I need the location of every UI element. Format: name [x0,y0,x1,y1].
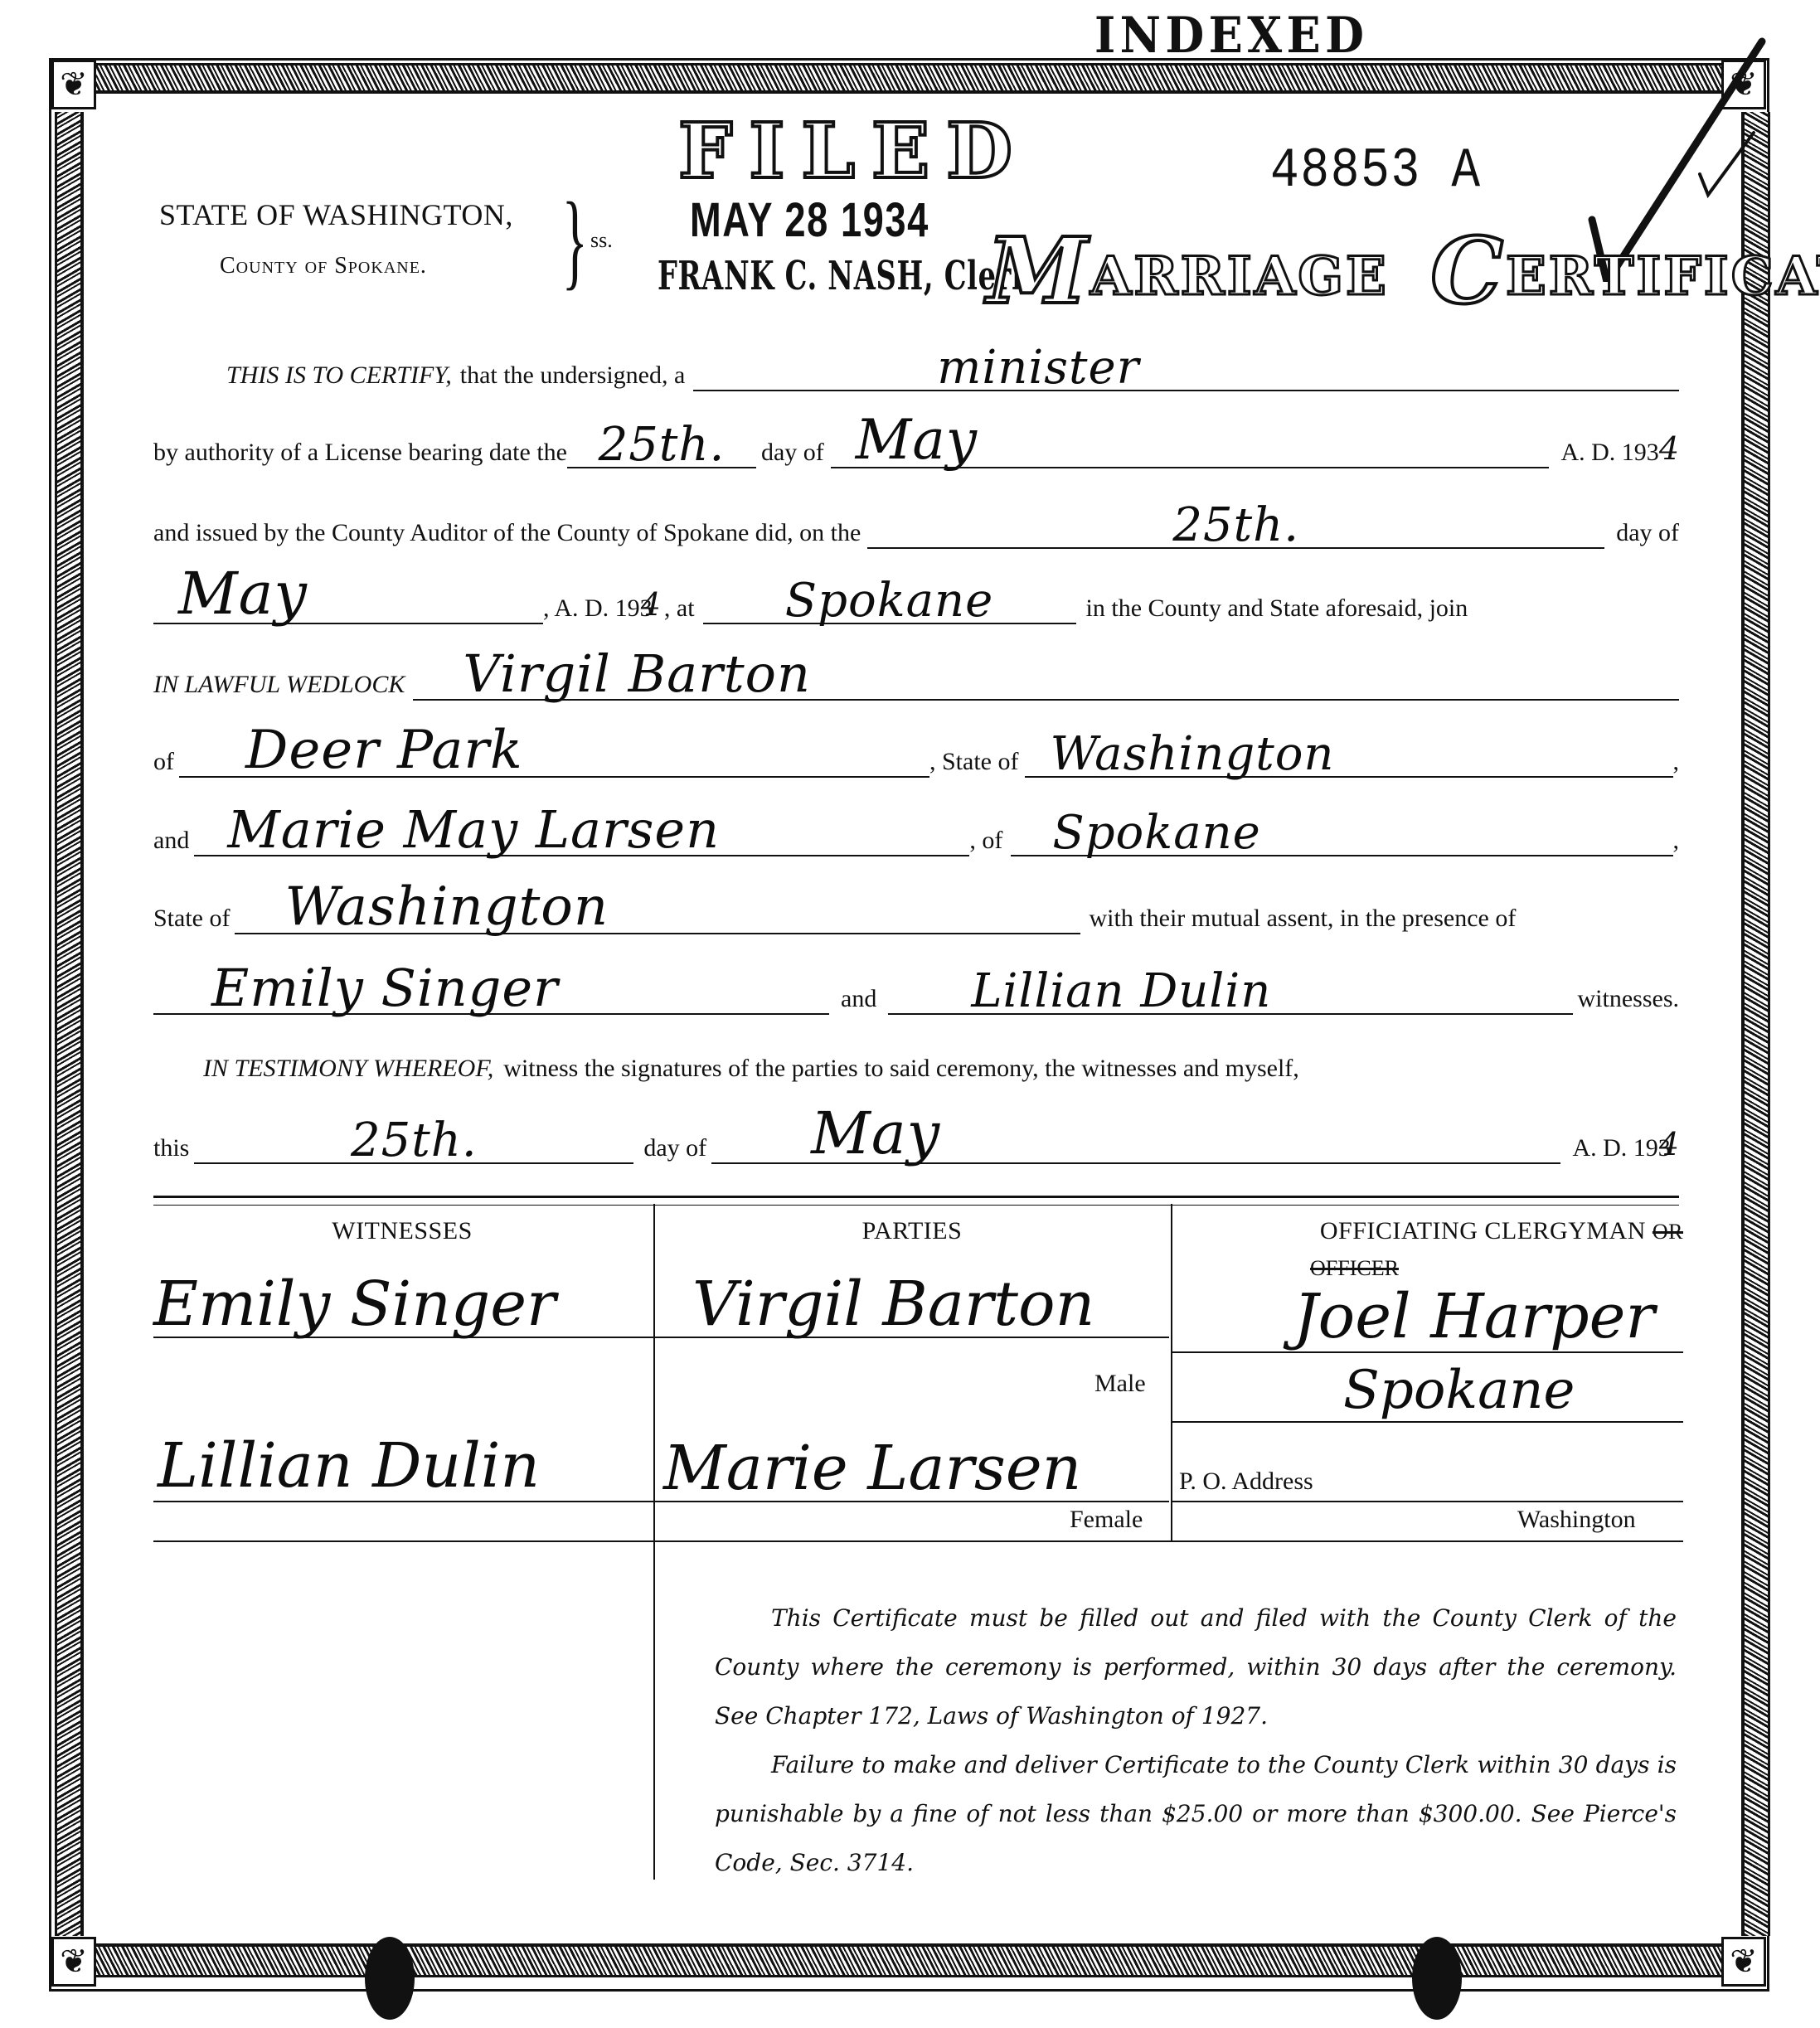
license-day-value: 25th. [599,418,726,472]
certify-text: that the undersigned, a [460,361,686,391]
form-line-license: by authority of a License bearing date t… [153,410,1679,468]
notice-paragraph-2: Failure to make and deliver Certificate … [715,1740,1677,1887]
officiant-state: Washington [1517,1506,1636,1534]
groom-signature[interactable]: Virgil Barton [692,1269,1094,1340]
form-line-groom-residence: of Deer Park , State of Washington , [153,720,1679,778]
ceremony-at: , at [664,594,695,624]
table-bottom-rule [153,1540,1683,1542]
wedlock-lead: IN LAWFUL WEDLOCK [153,671,405,701]
venue-ss: ss. [590,228,613,253]
ceremony-place-field[interactable]: Spokane [703,573,1076,624]
male-label: Male [1094,1370,1146,1398]
testimony-year-digit[interactable]: 4 [1659,1126,1679,1164]
groom-comma: , [1673,748,1680,778]
officiant-city[interactable]: Spokane [1343,1360,1575,1421]
punch-hole [1412,1937,1462,2020]
bride-city-field[interactable]: Spokane [1011,805,1672,856]
license-year-digit[interactable]: 4 [1659,430,1679,468]
header-officer-struck: OFFICER [1310,1256,1399,1281]
ceremony-month-field[interactable]: May [153,573,543,624]
header-officiant-label: OFFICIATING CLERGYMAN [1320,1217,1646,1244]
border-band-top [80,63,1740,94]
filed-date: MAY 28 1934 [690,192,929,248]
license-month-field[interactable]: May [831,417,1550,468]
groom-name-value: Virgil Barton [463,643,811,704]
groom-name-field[interactable]: Virgil Barton [413,649,1679,701]
witnesses-suffix: witnesses. [1578,985,1680,1015]
witness-signature-1[interactable]: Emily Singer [153,1269,556,1340]
groom-state-of: , State of [929,748,1018,778]
bride-name-field[interactable]: Marie May Larsen [194,805,969,856]
bride-signature[interactable]: Marie Larsen [663,1433,1081,1504]
witness1-field[interactable]: Emily Singer [153,963,829,1015]
form-line-testimony: IN TESTIMONY WHEREOF, witness the signat… [153,1026,1679,1084]
border-band-bottom [80,1943,1740,1977]
officiant-title-field[interactable]: minister [693,340,1679,391]
testimony-day-of: day of [643,1134,706,1164]
border-band-left [55,112,84,1936]
groom-state-field[interactable]: Washington [1025,726,1672,778]
filing-notice: This Certificate must be filled out and … [715,1594,1677,1887]
license-text: by authority of a License bearing date t… [153,439,567,468]
venue-state: STATE OF WASHINGTON, [159,197,513,232]
witness2-value: Lillian Dulin [971,964,1271,1018]
testimony-day-field[interactable]: 25th. [194,1113,633,1164]
bride-city-value: Spokane [1052,806,1260,860]
witness2-field[interactable]: Lillian Dulin [888,963,1572,1015]
bride-state-of: State of [153,905,230,934]
testimony-this: this [153,1134,189,1164]
ceremony-ad: , A. D. 193 [543,594,653,624]
certify-lead: THIS IS TO CERTIFY, [226,361,452,391]
table-top-rule [153,1196,1679,1206]
po-address-line [1172,1501,1683,1502]
corner-scroll-icon: ❦ [51,1937,96,1987]
indexed-stamp: INDEXED [1094,7,1368,65]
ceremony-month-value: May [178,560,308,628]
license-day-field[interactable]: 25th. [567,417,756,468]
form-line-ceremony-place: May , A. D. 193 4 , at Spokane in the Co… [153,566,1679,624]
title-word-2: ERTIFICATE [1506,245,1820,308]
bride-and: and [153,827,189,856]
certificate-number: 48853 A [1270,139,1482,203]
testimony-month-field[interactable]: May [711,1113,1560,1164]
header-officiant: OFFICIATING CLERGYMAN OR [1177,1217,1683,1245]
ceremony-day-field[interactable]: 25th. [867,497,1604,549]
corner-scroll-icon: ❦ [1721,1937,1766,1987]
form-line-testimony-date: this 25th. day of May A. D. 193 4 [153,1106,1679,1164]
bride-state-field[interactable]: Washington [235,883,1080,934]
corner-scroll-icon: ❦ [51,60,96,109]
brace-icon: } [562,187,588,294]
bride-name-value: Marie May Larsen [227,799,720,860]
officiant-title-value: minister [937,341,1139,395]
bride-state-value: Washington [284,876,609,938]
header-officiant-or-struck: OR [1653,1220,1683,1244]
punch-hole [365,1937,415,2020]
certificate-title: MARRIAGE CERTIFICATE [987,217,1820,324]
license-month-value: May [856,408,978,472]
testimony-text: witness the signatures of the parties to… [503,1055,1299,1084]
groom-of: of [153,748,174,778]
groom-city-field[interactable]: Deer Park [179,726,929,778]
testimony-day-value: 25th. [351,1113,478,1167]
form-line-bride-state: State of Washington with their mutual as… [153,876,1679,934]
form-line-bride: and Marie May Larsen , of Spokane , [153,798,1679,856]
form-line-ceremony-day: and issued by the County Auditor of the … [153,491,1679,549]
title-cap-c: C [1430,217,1506,324]
ceremony-day-value: 25th. [1172,498,1299,552]
ceremony-year-digit[interactable]: 4 [641,586,661,624]
notice-paragraph-1: This Certificate must be filled out and … [715,1594,1677,1740]
header-witnesses: WITNESSES [153,1217,651,1245]
witness-and: and [841,985,876,1015]
testimony-month-value: May [811,1099,940,1167]
county-state-text: in the County and State aforesaid, join [1086,594,1468,624]
title-cap-m: M [987,217,1090,324]
witness1-value: Emily Singer [211,958,559,1018]
filed-clerk: FRANK C. NASH, Clerk [658,253,1031,299]
witness-signature-2[interactable]: Lillian Dulin [158,1430,540,1502]
auditor-text: and issued by the County Auditor of the … [153,519,861,549]
ceremony-place-value: Spokane [785,574,993,628]
form-line-groom: IN LAWFUL WEDLOCK Virgil Barton [153,643,1679,701]
border-band-right [1741,112,1770,1936]
female-label: Female [1070,1506,1143,1534]
mutual-assent-text: with their mutual assent, in the presenc… [1089,905,1516,934]
header-parties: PARTIES [655,1217,1169,1245]
bride-of: , of [969,827,1002,856]
groom-state-value: Washington [1050,727,1334,781]
officiant-city-line [1172,1421,1683,1423]
form-line-witnesses: Emily Singer and Lillian Dulin witnesses… [153,957,1679,1015]
testimony-ad: A. D. 193 [1572,1134,1670,1164]
venue-county: County of Spokane. [220,253,427,279]
form-line-officiant: THIS IS TO CERTIFY, that the undersigned… [153,333,1679,391]
testimony-lead: IN TESTIMONY WHEREOF, [203,1055,493,1084]
bride-comma: , [1673,827,1680,856]
groom-city-value: Deer Park [245,720,523,781]
po-address-label: P. O. Address [1179,1468,1313,1496]
filed-stamp: FILED [678,106,1029,196]
title-word-1: ARRIAGE [1090,245,1389,308]
license-day-of: day of [761,439,824,468]
license-ad: A. D. 193 [1560,439,1658,468]
column-divider [1171,1204,1172,1542]
officiant-signature[interactable]: Joel Harper [1293,1281,1655,1352]
ceremony-day-of: day of [1616,519,1679,549]
